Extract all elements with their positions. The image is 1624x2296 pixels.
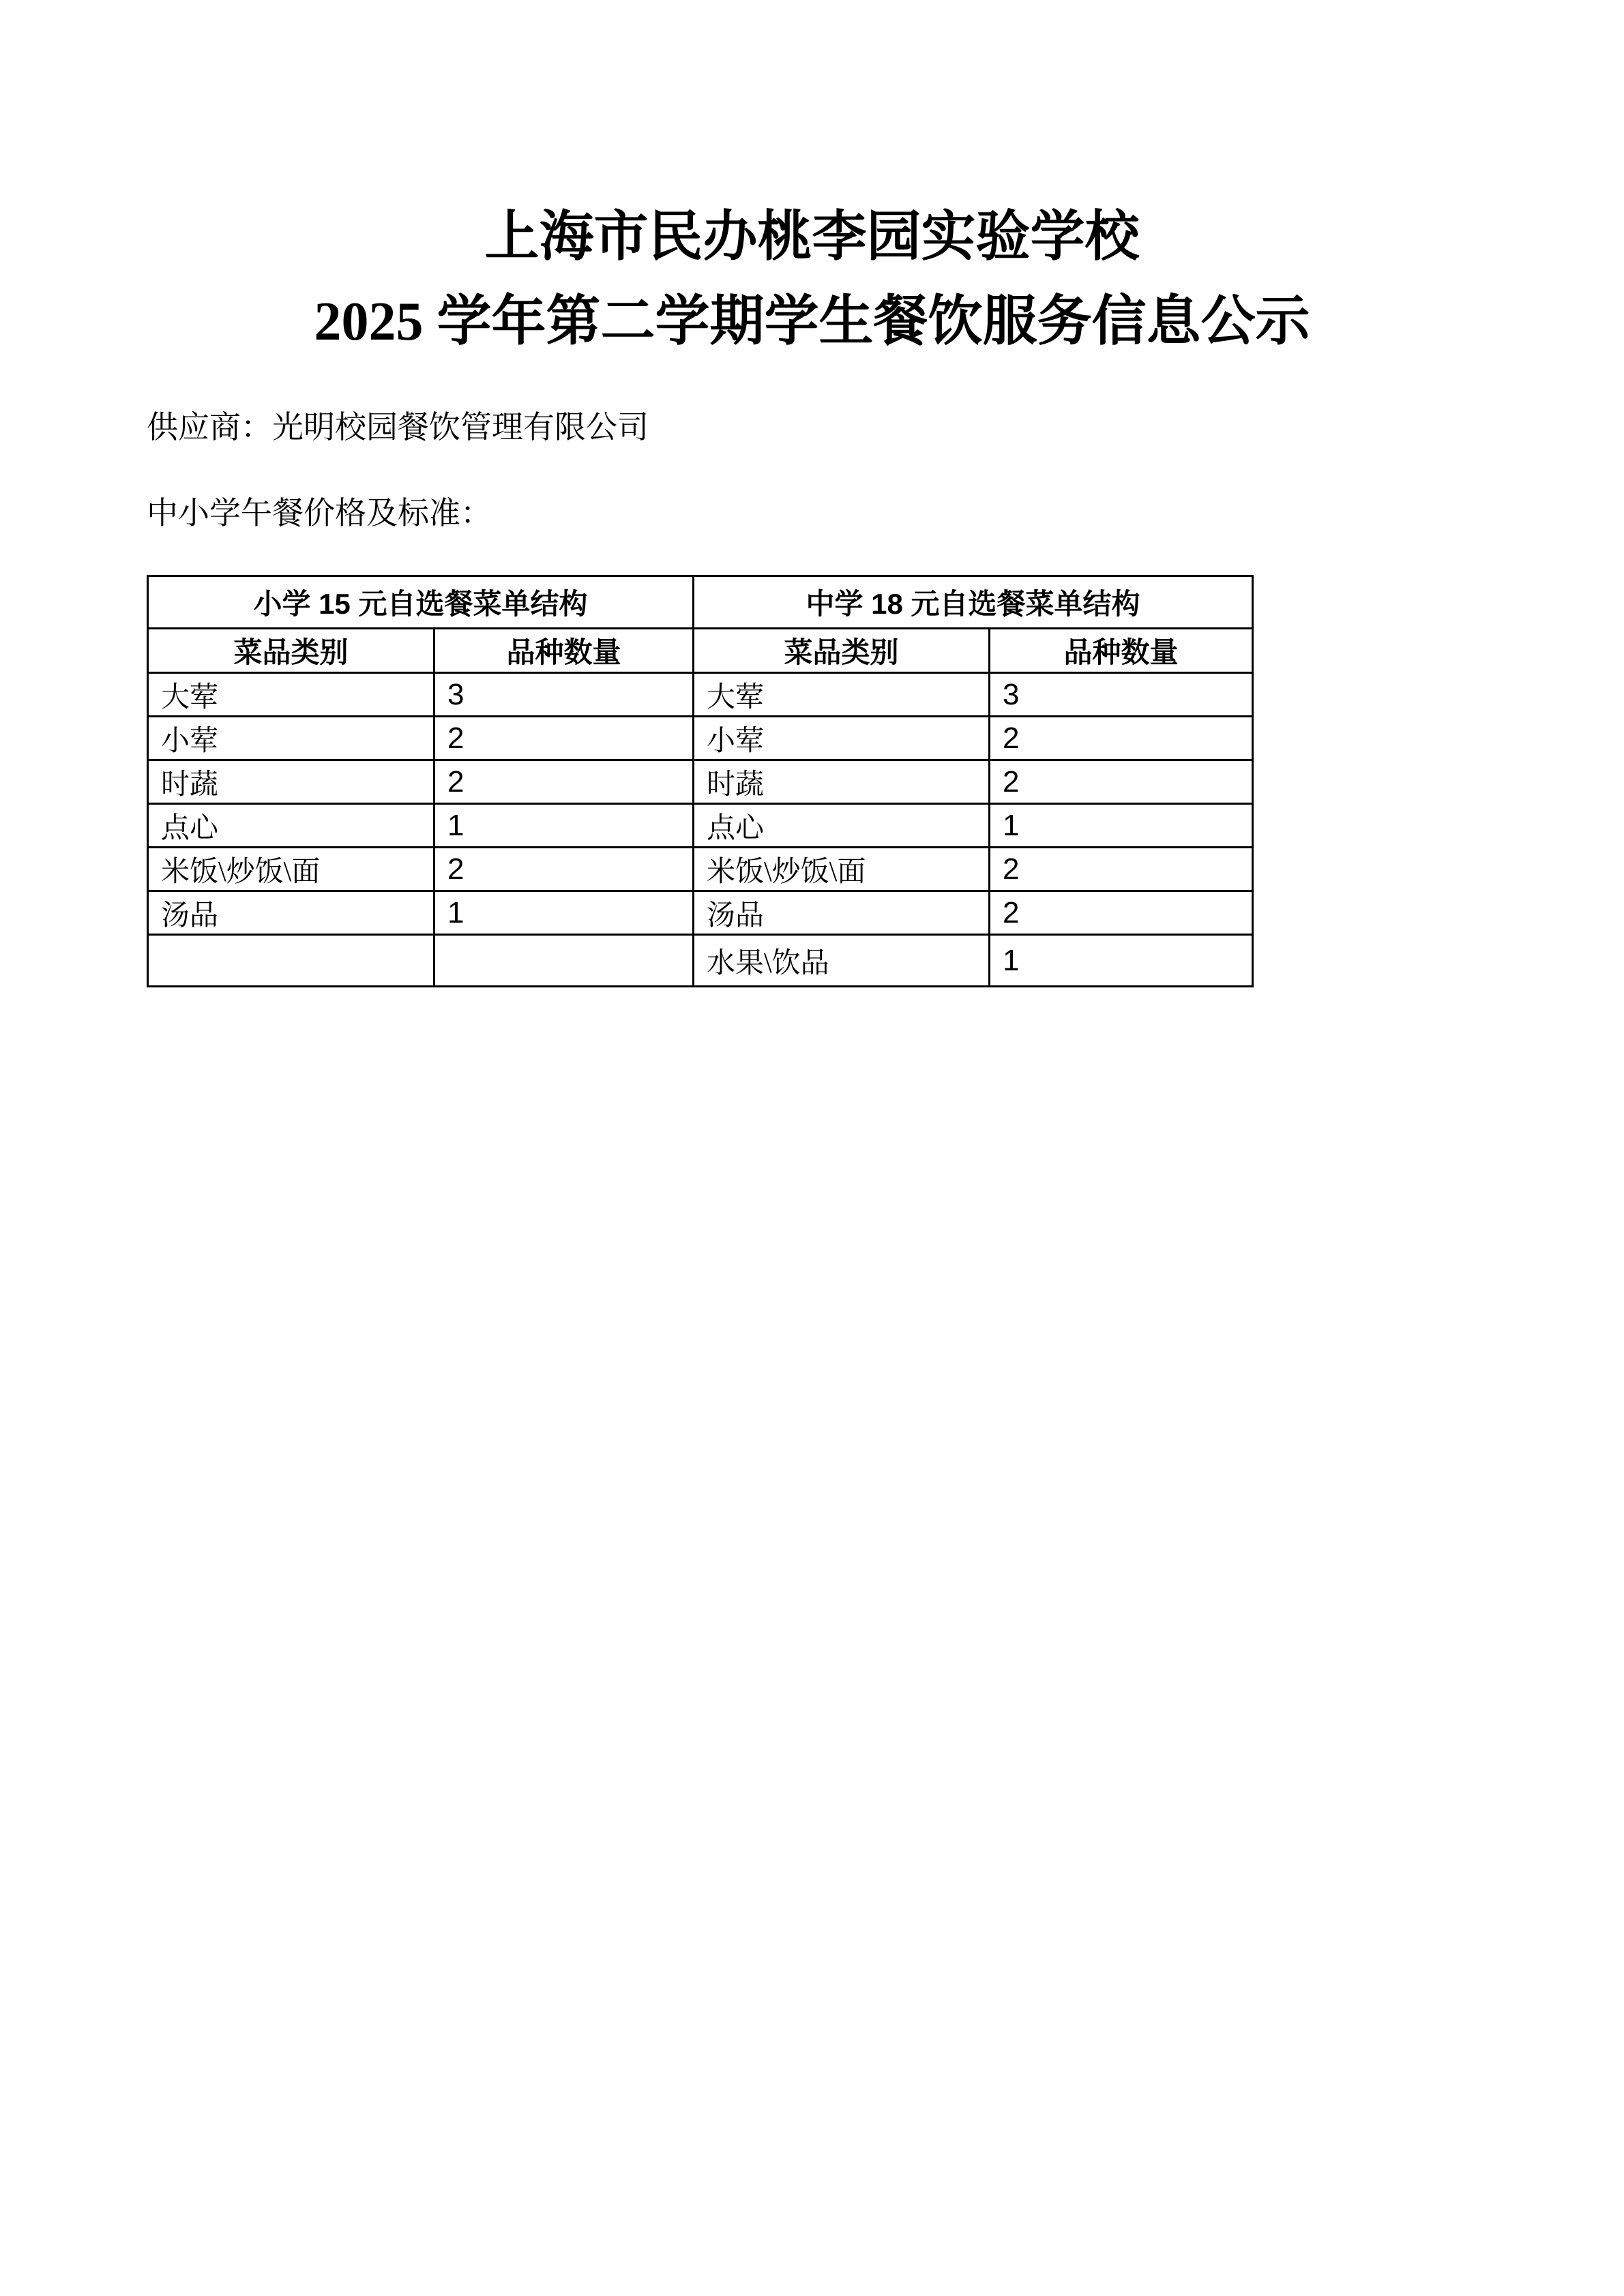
- table-group-header-row: 小学 15 元自选餐菜单结构 中学 18 元自选餐菜单结构: [148, 576, 1253, 629]
- cell-quantity: 2: [434, 717, 694, 760]
- cell-category: 点心: [694, 804, 990, 848]
- document-page: 上海市民办桃李园实验学校 2025 学年第二学期学生餐饮服务信息公示 供应商：光…: [0, 0, 1624, 2296]
- middle-school-group-header: 中学 18 元自选餐菜单结构: [694, 576, 1253, 629]
- column-header-category-primary: 菜品类别: [148, 629, 434, 673]
- cell-category: 时蔬: [148, 760, 434, 804]
- cell-quantity: 1: [990, 935, 1253, 987]
- column-header-quantity-middle: 品种数量: [990, 629, 1253, 673]
- column-header-quantity-primary: 品种数量: [434, 629, 694, 673]
- supplier-line: 供应商：光明校园餐饮管理有限公司: [147, 408, 649, 447]
- cell-quantity: 2: [990, 717, 1253, 760]
- table-row: 大荤 3 大荤 3: [148, 673, 1253, 717]
- cell-quantity: 2: [990, 760, 1253, 804]
- menu-structure-table: 小学 15 元自选餐菜单结构 中学 18 元自选餐菜单结构 菜品类别 品种数量 …: [147, 575, 1254, 987]
- table-row: 水果\饮品 1: [148, 935, 1253, 987]
- cell-quantity: 2: [434, 848, 694, 891]
- cell-category: 汤品: [148, 891, 434, 935]
- cell-category: 小荤: [694, 717, 990, 760]
- cell-quantity: 3: [434, 673, 694, 717]
- cell-category: 大荤: [694, 673, 990, 717]
- cell-quantity: 1: [434, 891, 694, 935]
- table-row: 汤品 1 汤品 2: [148, 891, 1253, 935]
- cell-category: 米饭\炒饭\面: [148, 848, 434, 891]
- standards-line: 中小学午餐价格及标准：: [147, 494, 492, 533]
- document-title-line2: 2025 学年第二学期学生餐饮服务信息公示: [0, 289, 1624, 355]
- cell-quantity: 1: [990, 804, 1253, 848]
- cell-category: 米饭\炒饭\面: [694, 848, 990, 891]
- document-title-line1: 上海市民办桃李园实验学校: [0, 205, 1624, 270]
- cell-category: 点心: [148, 804, 434, 848]
- cell-category: 水果\饮品: [694, 935, 990, 987]
- cell-quantity: 1: [434, 804, 694, 848]
- cell-category: 汤品: [694, 891, 990, 935]
- primary-school-group-header: 小学 15 元自选餐菜单结构: [148, 576, 694, 629]
- cell-category-empty: [148, 935, 434, 987]
- cell-quantity-empty: [434, 935, 694, 987]
- cell-category: 时蔬: [694, 760, 990, 804]
- table-row: 小荤 2 小荤 2: [148, 717, 1253, 760]
- cell-quantity: 2: [990, 891, 1253, 935]
- table-row: 米饭\炒饭\面 2 米饭\炒饭\面 2: [148, 848, 1253, 891]
- cell-category: 小荤: [148, 717, 434, 760]
- cell-quantity: 2: [990, 848, 1253, 891]
- cell-category: 大荤: [148, 673, 434, 717]
- table-row: 时蔬 2 时蔬 2: [148, 760, 1253, 804]
- column-header-category-middle: 菜品类别: [694, 629, 990, 673]
- cell-quantity: 2: [434, 760, 694, 804]
- cell-quantity: 3: [990, 673, 1253, 717]
- table-column-header-row: 菜品类别 品种数量 菜品类别 品种数量: [148, 629, 1253, 673]
- table-row: 点心 1 点心 1: [148, 804, 1253, 848]
